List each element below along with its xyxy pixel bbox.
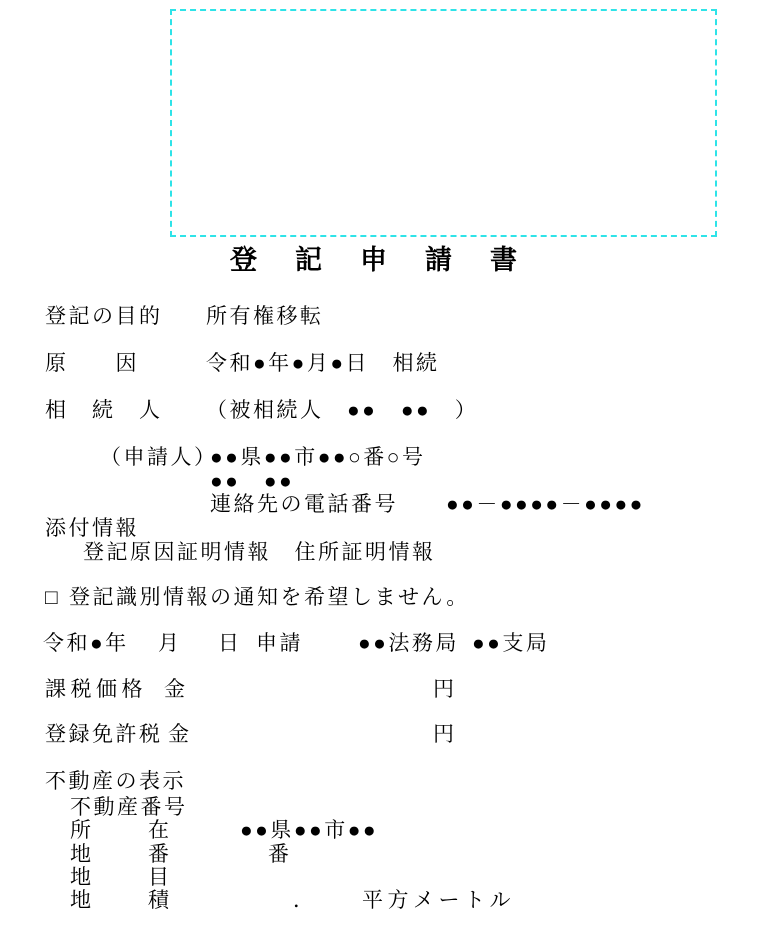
location-label-1: 所 <box>70 820 94 842</box>
purpose-label: 登記の目的 <box>45 306 163 328</box>
tax-price-label: 課税価格 <box>45 679 147 701</box>
application-era: 令和●年 <box>43 633 129 655</box>
lot-number-label-1: 地 <box>70 844 94 866</box>
land-category-label-2: 目 <box>148 867 172 889</box>
applicant-address: ●●県●●市●●○番○号 <box>210 447 425 469</box>
lot-number-value: 番 <box>268 844 292 866</box>
land-area-label-2: 積 <box>148 890 172 912</box>
location-label-2: 在 <box>148 820 172 842</box>
attachments-list: 登記原因証明情報 住所証明情報 <box>83 542 436 564</box>
land-area-decimal: ． <box>293 890 317 912</box>
phone-value: ●●－●●●●－●●●● <box>446 494 645 516</box>
application-branch: ●●支局 <box>472 633 549 655</box>
applicant-name: ●● ●● <box>210 471 294 493</box>
property-number-label: 不動産番号 <box>70 797 188 819</box>
purpose-value: 所有権移転 <box>206 306 324 328</box>
application-apply-label: 申請 <box>256 633 303 655</box>
application-day: 日 <box>218 633 242 655</box>
lot-number-label-2: 番 <box>148 844 172 866</box>
attachments-header: 添付情報 <box>45 518 139 540</box>
land-area-label-1: 地 <box>70 890 94 912</box>
land-category-label-1: 地 <box>70 867 94 889</box>
notification-label: 登記識別情報の通知を希望しません。 <box>69 587 470 609</box>
heir-label: 相 続 人 <box>45 400 163 422</box>
phone-label: 連絡先の電話番号 <box>210 494 398 516</box>
location-value: ●●県●●市●● <box>240 820 378 842</box>
registration-application-document: 登記申請書 登記の目的 所有権移転 原 因 令和●年●月●日 相続 相 続 人 … <box>0 0 778 929</box>
license-tax-label: 登録免許税 <box>45 724 163 746</box>
application-month: 月 <box>158 633 182 655</box>
license-tax-kin: 金 <box>168 724 192 746</box>
header-placeholder-box[interactable] <box>170 9 717 237</box>
property-header: 不動産の表示 <box>45 771 186 793</box>
license-tax-unit: 円 <box>433 724 457 746</box>
notification-checkbox[interactable]: □ <box>45 587 60 609</box>
tax-price-kin: 金 <box>164 679 188 701</box>
cause-label: 原 因 <box>45 353 139 375</box>
heir-value: （被相続人 ●● ●● ） <box>206 400 478 422</box>
cause-value: 令和●年●月●日 相続 <box>206 353 440 375</box>
application-office: ●●法務局 <box>358 633 459 655</box>
tax-price-unit: 円 <box>433 679 457 701</box>
land-area-unit: 平方メートル <box>362 890 515 912</box>
applicant-label: （申請人） <box>100 447 218 469</box>
page-title: 登記申請書 <box>230 246 555 274</box>
